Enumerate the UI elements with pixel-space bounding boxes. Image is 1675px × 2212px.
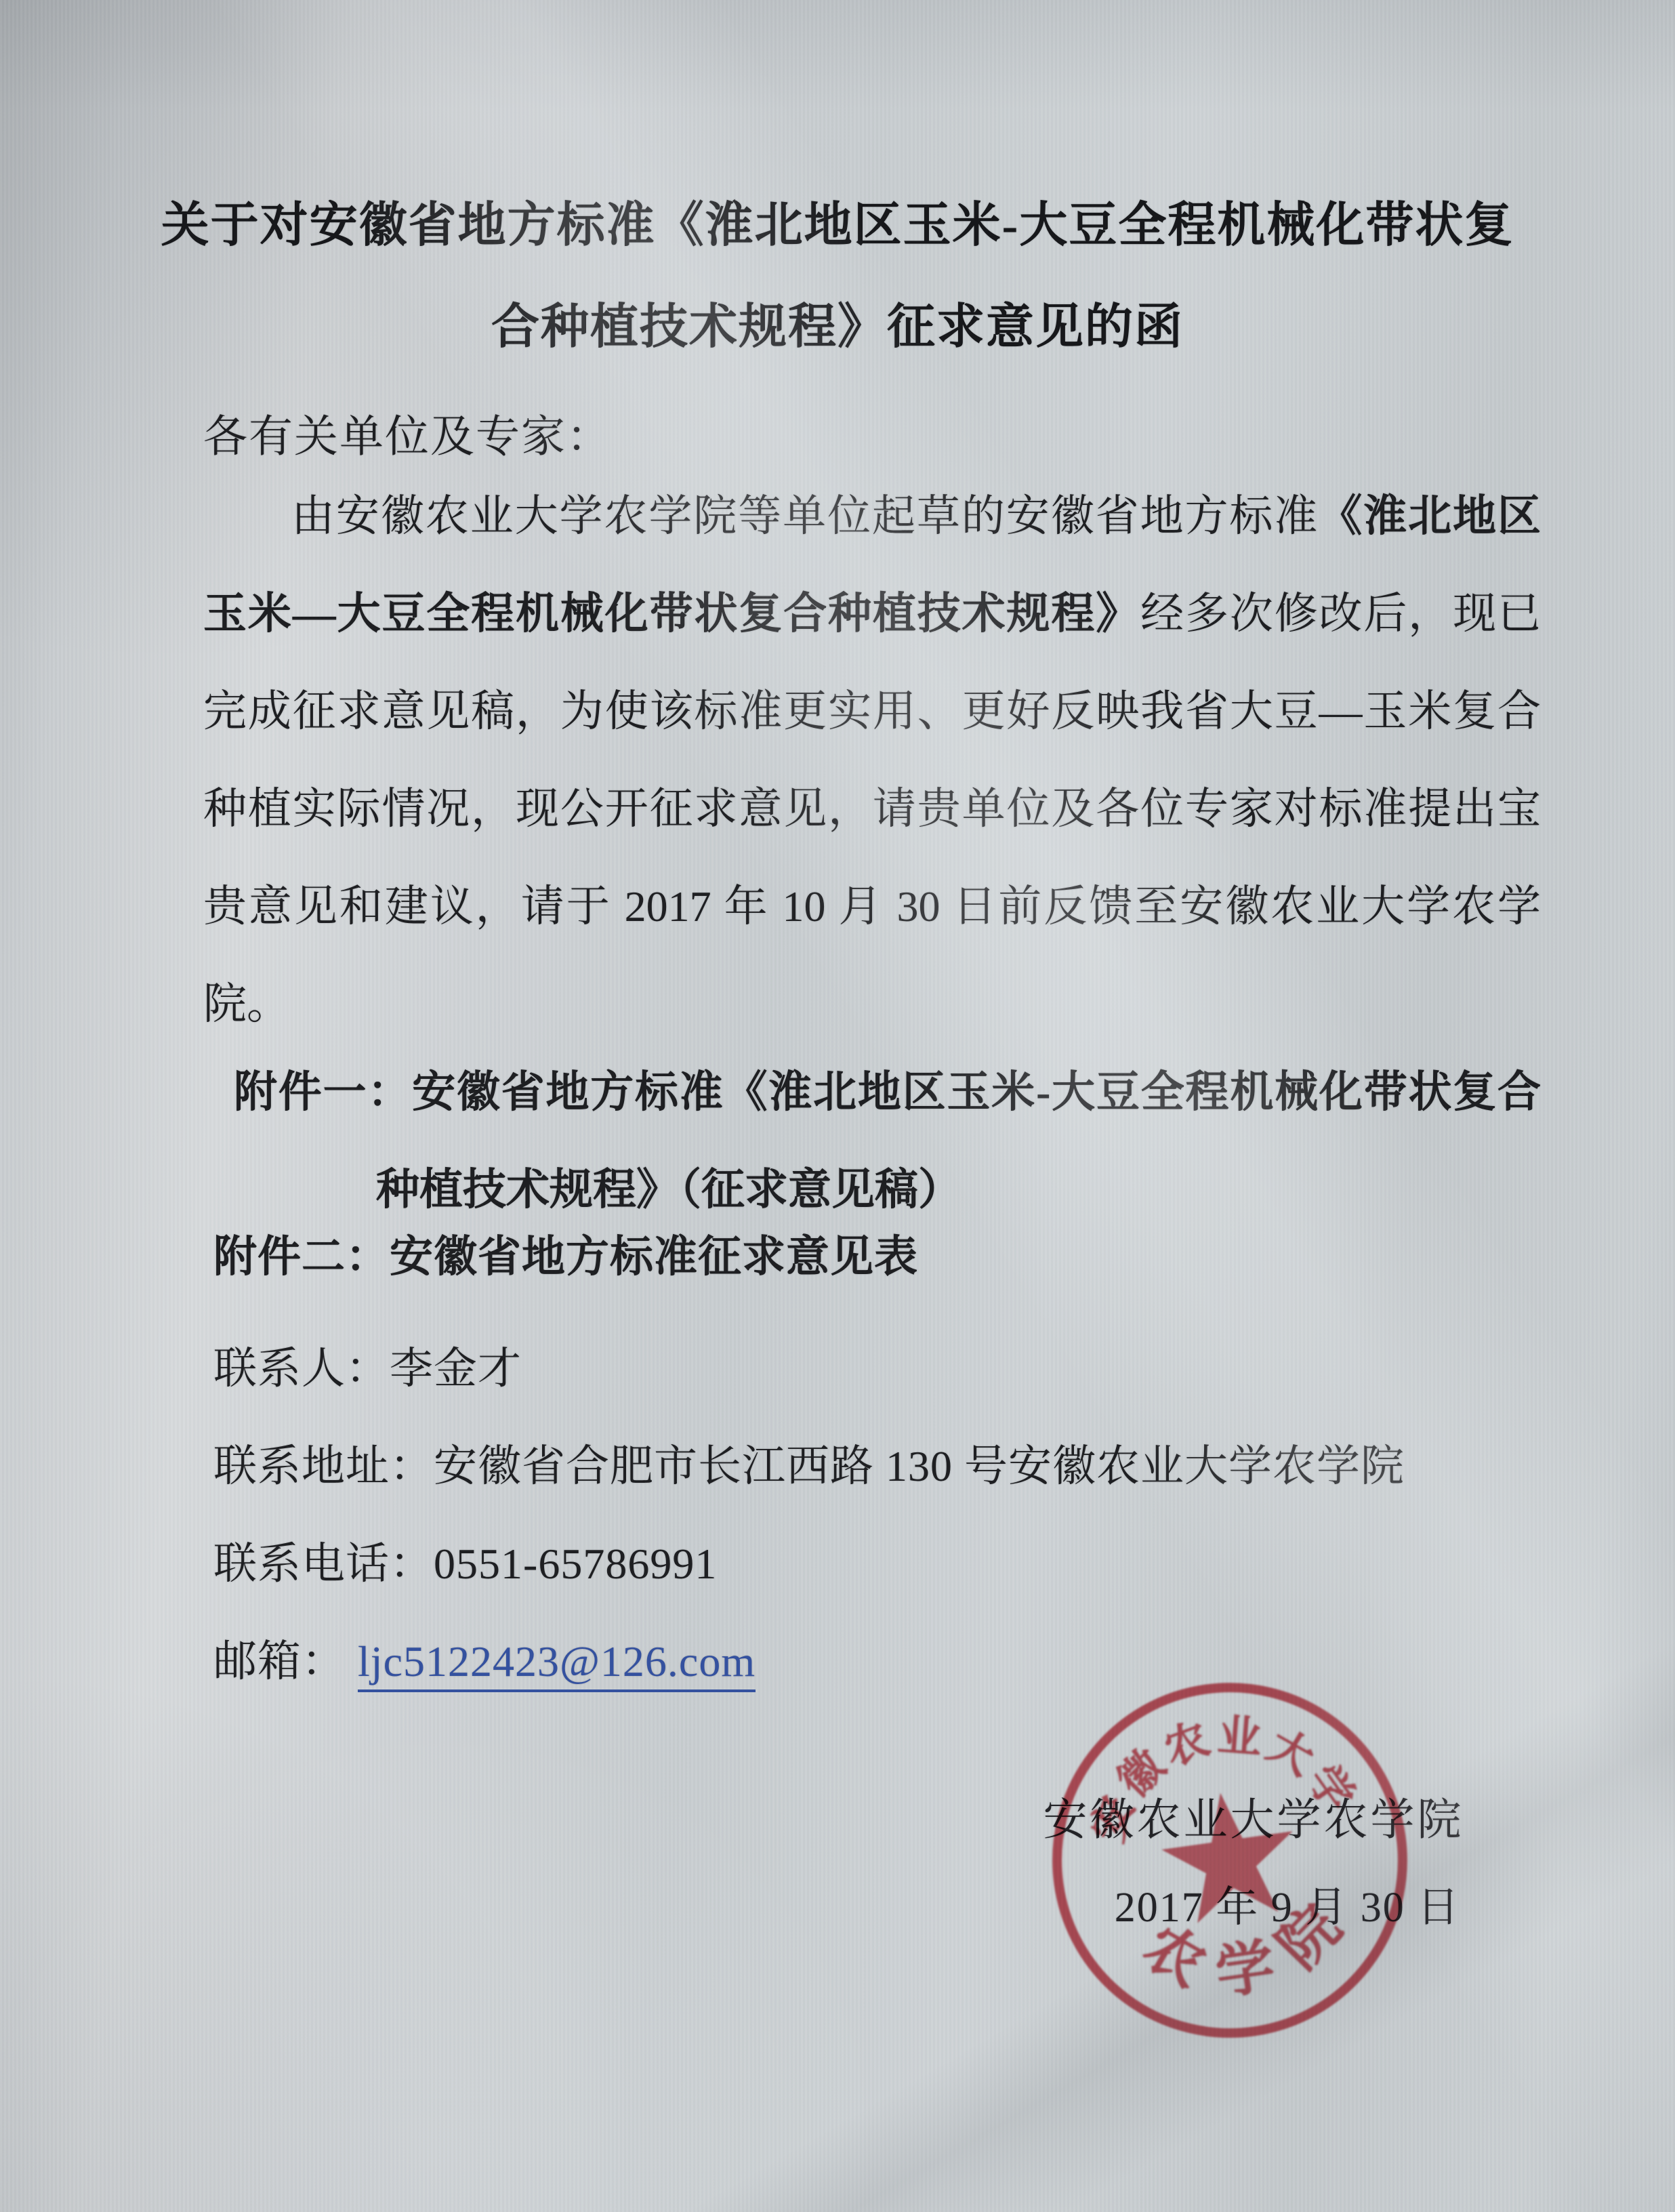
attachment-one-line1: 附件一：安徽省地方标准《淮北地区玉米-大豆全程机械化带状复合 xyxy=(234,1044,1541,1141)
contact-phone-row: 联系电话：0551-65786991 xyxy=(213,1515,1405,1613)
scanned-letter-page: 关于对安徽省地方标准《淮北地区玉米-大豆全程机械化带状复 合种植技术规程》征求意… xyxy=(0,0,1675,2212)
seal-char-top: 农 xyxy=(1157,1715,1216,1776)
body-text-segment: 院。 xyxy=(203,980,290,1028)
contact-person-label: 联系人： xyxy=(213,1345,390,1393)
attachment-two-label: 附件二： xyxy=(213,1233,390,1281)
contact-address-label: 联系地址： xyxy=(213,1442,434,1490)
seal-char-top: 安 xyxy=(1083,1790,1144,1848)
salutation: 各有关单位及专家： xyxy=(203,401,612,464)
body-line: 玉米—大豆全程机械化带状复合种植技术规程》经多次修改后，现已 xyxy=(203,565,1541,663)
body-line: 完成征求意见稿，为使该标准更实用、更好反映我省大豆—玉米复合 xyxy=(203,663,1541,760)
contact-phone-label: 联系电话： xyxy=(213,1540,434,1588)
body-text-segment: 《淮北地区 xyxy=(1319,492,1541,540)
seal-char-bottom: 学 xyxy=(1212,1933,1279,2006)
body-text-segment: 贵意见和建议，请于 2017 年 10 月 30 日前反馈至安徽农业大学农学 xyxy=(203,882,1541,930)
body-text-segment: 由安徽农业大学农学院等单位起草的安徽省地方标准 xyxy=(290,492,1319,540)
email-link[interactable]: ljc5122423@126.com xyxy=(358,1638,756,1692)
contact-address-row: 联系地址：安徽省合肥市长江西路 130 号安徽农业大学农学院 xyxy=(213,1418,1405,1515)
contact-person-row: 联系人：李金才 xyxy=(213,1320,1405,1418)
contact-person-value: 李金才 xyxy=(390,1345,522,1393)
body-paragraph: 由安徽农业大学农学院等单位起草的安徽省地方标准《淮北地区玉米—大豆全程机械化带状… xyxy=(203,468,1541,1053)
attachment-two-text: 安徽省地方标准征求意见表 xyxy=(390,1233,918,1281)
body-text-segment: 经多次修改后，现已 xyxy=(1140,590,1541,638)
attachment-one-label: 附件一： xyxy=(234,1068,412,1116)
attachment-one-text: 安徽省地方标准《淮北地区玉米-大豆全程机械化带状复合 xyxy=(412,1068,1541,1116)
body-line: 贵意见和建议，请于 2017 年 10 月 30 日前反馈至安徽农业大学农学 xyxy=(203,858,1541,956)
contact-address-value: 安徽省合肥市长江西路 130 号安徽农业大学农学院 xyxy=(434,1442,1405,1490)
body-text-segment: 种植实际情况，现公开征求意见，请贵单位及各位专家对标准提出宝 xyxy=(203,785,1541,833)
body-text-segment: 完成征求意见稿，为使该标准更实用、更好反映我省大豆—玉米复合 xyxy=(203,687,1541,735)
seal-char-top: 业 xyxy=(1216,1711,1263,1763)
body-line: 由安徽农业大学农学院等单位起草的安徽省地方标准《淮北地区 xyxy=(203,468,1541,565)
official-red-seal: 安 徽 农 业 大 学 农 学 院 xyxy=(1047,1677,1413,2043)
title-line-1: 关于对安徽省地方标准《淮北地区玉米-大豆全程机械化带状复 xyxy=(0,175,1675,276)
seal-char-bottom: 院 xyxy=(1266,1893,1353,1981)
body-line: 种植实际情况，现公开征求意见，请贵单位及各位专家对标准提出宝 xyxy=(203,760,1541,858)
contact-email-label: 邮箱： xyxy=(213,1637,346,1685)
attachment-one: 附件一：安徽省地方标准《淮北地区玉米-大豆全程机械化带状复合 种植技术规程》（征… xyxy=(234,1044,1541,1239)
document-title: 关于对安徽省地方标准《淮北地区玉米-大豆全程机械化带状复 合种植技术规程》征求意… xyxy=(0,175,1675,378)
body-line: 院。 xyxy=(203,956,1541,1053)
star-icon xyxy=(1155,1784,1303,1927)
seal-char-bottom: 农 xyxy=(1133,1913,1216,1999)
contact-info: 联系人：李金才 联系地址：安徽省合肥市长江西路 130 号安徽农业大学农学院 联… xyxy=(213,1320,1405,1711)
contact-phone-value: 0551-65786991 xyxy=(434,1540,717,1588)
attachment-one-continuation: 种植技术规程》（征求意见稿） xyxy=(376,1166,961,1214)
body-text-segment: 玉米—大豆全程机械化带状复合种植技术规程》 xyxy=(203,590,1140,638)
attachment-two: 附件二：安徽省地方标准征求意见表 xyxy=(213,1222,918,1284)
title-line-2: 合种植技术规程》征求意见的函 xyxy=(0,276,1675,378)
